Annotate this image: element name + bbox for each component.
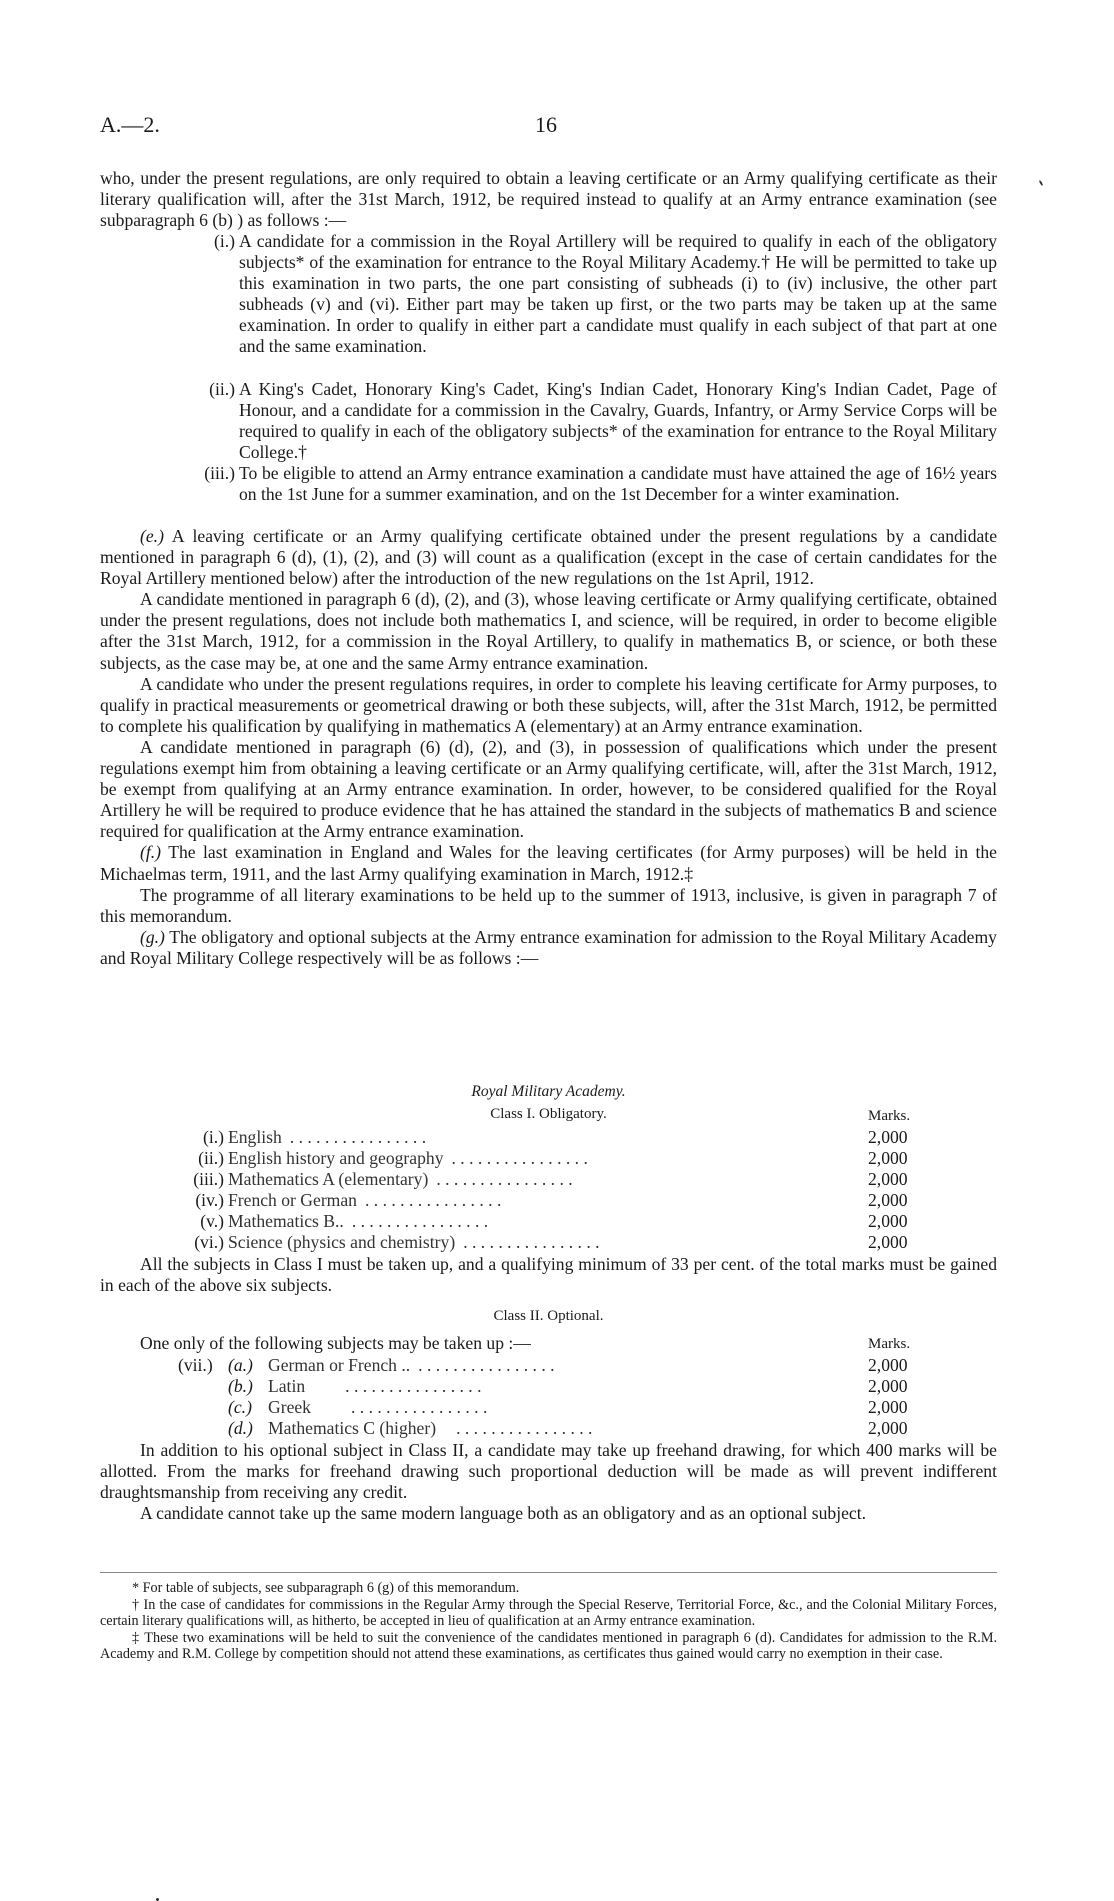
row-subject: Science (physics and chemistry)	[228, 1232, 463, 1252]
class1-heading: Class I. Obligatory.	[100, 1106, 997, 1123]
row-letter: (c.)	[228, 1397, 252, 1418]
row-marks: 2,000	[868, 1190, 908, 1211]
row-marks: 2,000	[868, 1211, 908, 1232]
table-row: (d.) Mathematics C (higher). . . . . . .…	[100, 1418, 997, 1439]
dot-leader: Latin. . . . . . . . . . . . . . . .	[268, 1376, 867, 1397]
body-paragraphs: (e.) A leaving certificate or an Army qu…	[100, 526, 997, 969]
footnote-asterisk: * For table of subjects, see subparagrap…	[100, 1580, 997, 1597]
row-subject: German or French ..	[268, 1355, 418, 1375]
document-reference: A.—2.	[100, 112, 160, 138]
row-number: (v.)	[200, 1211, 224, 1232]
row-subject: Latin	[268, 1376, 345, 1396]
class2-marks-label: Marks.	[868, 1336, 910, 1353]
table-row: (c.) Greek. . . . . . . . . . . . . . . …	[100, 1397, 997, 1418]
dots: . . . . . . . . . . . . . . . .	[365, 1190, 501, 1210]
page-number: 16	[535, 112, 557, 138]
scan-speck	[1039, 180, 1044, 186]
row-subject: English history and geography	[228, 1148, 452, 1168]
row-marks: 2,000	[868, 1232, 908, 1253]
paragraph-exemption: A candidate mentioned in paragraph (6) (…	[100, 737, 997, 842]
paragraph-text: A candidate mentioned in paragraph 6 (d)…	[100, 589, 997, 672]
row-number: (vi.)	[194, 1232, 224, 1253]
row-marks: 2,000	[868, 1148, 908, 1169]
row-marks: 2,000	[868, 1418, 908, 1439]
footnote-dagger: † In the case of candidates for commissi…	[100, 1597, 997, 1630]
row-number: (iv.)	[195, 1190, 224, 1211]
dots: . . . . . . . . . . . . . . . .	[436, 1169, 572, 1189]
row-letter: (b.)	[228, 1376, 253, 1397]
footnote-divider	[100, 1572, 997, 1573]
paragraph-f: (f.) The last examination in England and…	[100, 842, 997, 884]
dots: . . . . . . . . . . . . . . . .	[351, 1397, 487, 1417]
row-number: (iii.)	[193, 1169, 224, 1190]
paragraph-text: A leaving certificate or an Army qualify…	[100, 526, 997, 588]
table-row: (b.) Latin. . . . . . . . . . . . . . . …	[100, 1376, 997, 1397]
paragraph-label: (g.)	[140, 927, 165, 947]
dots: . . . . . . . . . . . . . . . .	[456, 1418, 592, 1438]
subitem-text: A King's Cadet, Honorary King's Cadet, K…	[239, 379, 997, 462]
row-letter: (d.)	[228, 1418, 253, 1439]
class2-heading: Class II. Optional.	[100, 1308, 997, 1325]
row-letter: (a.)	[228, 1355, 253, 1376]
paragraph-mathematics-b: A candidate mentioned in paragraph 6 (d)…	[100, 589, 997, 673]
paragraph-label: (e.)	[140, 526, 164, 546]
subitem-i: (i.) A candidate for a commission in the…	[239, 231, 997, 358]
paragraph-programme: The programme of all literary examinatio…	[100, 885, 997, 927]
dots: . . . . . . . . . . . . . . . .	[463, 1232, 599, 1252]
paragraph-practical-measurements: A candidate who under the present regula…	[100, 674, 997, 737]
dot-leader: French or German. . . . . . . . . . . . …	[228, 1190, 867, 1211]
dot-leader: German or French ... . . . . . . . . . .…	[268, 1355, 867, 1376]
row-marks: 2,000	[868, 1376, 908, 1397]
row-number: (ii.)	[198, 1148, 224, 1169]
class2-intro: One only of the following subjects may b…	[140, 1333, 531, 1354]
table-row: (iv.) French or German. . . . . . . . . …	[100, 1190, 997, 1211]
row-subject: Mathematics B..	[228, 1211, 352, 1231]
dot-leader: Mathematics A (elementary). . . . . . . …	[228, 1169, 867, 1190]
dot-leader: English. . . . . . . . . . . . . . . .	[228, 1127, 867, 1148]
subitem-number: (i.)	[159, 231, 235, 252]
class1-marks-label: Marks.	[868, 1108, 910, 1125]
dot-leader: English history and geography. . . . . .…	[228, 1148, 867, 1169]
footnote-double-dagger: ‡ These two examinations will be held to…	[100, 1630, 997, 1663]
paragraph-text: A candidate mentioned in paragraph (6) (…	[100, 737, 997, 841]
row-marks: 2,000	[868, 1397, 908, 1418]
footnotes: * For table of subjects, see subparagrap…	[100, 1580, 997, 1663]
subitem-number: (iii.)	[159, 463, 235, 484]
row-subject: Mathematics C (higher)	[268, 1418, 456, 1438]
intro-text: who, under the present regulations, are …	[100, 168, 997, 231]
dots: . . . . . . . . . . . . . . . .	[345, 1376, 481, 1396]
group-number: (vii.)	[178, 1355, 213, 1376]
row-subject: Mathematics A (elementary)	[228, 1169, 436, 1189]
row-marks: 2,000	[868, 1169, 908, 1190]
dot-leader: Greek. . . . . . . . . . . . . . . .	[268, 1397, 867, 1418]
row-subject: French or German	[228, 1190, 365, 1210]
table-row: (i.) English. . . . . . . . . . . . . . …	[100, 1127, 997, 1148]
row-subject: Greek	[268, 1397, 351, 1417]
paragraph-text: The last examination in England and Wale…	[100, 842, 997, 883]
class1-note: All the subjects in Class I must be take…	[100, 1254, 997, 1296]
table-row: (vii.) (a.) German or French ... . . . .…	[100, 1355, 997, 1376]
dots: . . . . . . . . . . . . . . . .	[418, 1355, 554, 1375]
table-row: (v.) Mathematics B... . . . . . . . . . …	[100, 1211, 997, 1232]
paragraph-g: (g.) The obligatory and optional subject…	[100, 927, 997, 969]
paragraph-e: (e.) A leaving certificate or an Army qu…	[100, 526, 997, 589]
subitem-iii: (iii.) To be eligible to attend an Army …	[239, 463, 997, 505]
subitem-text: To be eligible to attend an Army entranc…	[239, 463, 997, 504]
table-row: (iii.) Mathematics A (elementary). . . .…	[100, 1169, 997, 1190]
dots: . . . . . . . . . . . . . . . .	[290, 1127, 426, 1147]
freehand-drawing-paragraph: In addition to his optional subject in C…	[100, 1440, 997, 1503]
row-marks: 2,000	[868, 1127, 908, 1148]
row-number: (i.)	[203, 1127, 224, 1148]
rma-title: Royal Military Academy.	[100, 1083, 997, 1101]
modern-language-paragraph: A candidate cannot take up the same mode…	[100, 1503, 997, 1524]
subitem-text: A candidate for a commission in the Roya…	[239, 231, 997, 356]
table-row: (ii.) English history and geography. . .…	[100, 1148, 997, 1169]
dot-leader: Mathematics B... . . . . . . . . . . . .…	[228, 1211, 867, 1232]
after-paragraphs: In addition to his optional subject in C…	[100, 1440, 997, 1524]
row-subject: English	[228, 1127, 290, 1147]
paragraph-text: The programme of all literary examinatio…	[100, 885, 997, 926]
subitem-number: (ii.)	[159, 379, 235, 400]
subitem-ii: (ii.) A King's Cadet, Honorary King's Ca…	[239, 379, 997, 463]
dot-leader: Mathematics C (higher). . . . . . . . . …	[268, 1418, 867, 1439]
class1-note-text: All the subjects in Class I must be take…	[100, 1254, 997, 1296]
paragraph-text: The obligatory and optional subjects at …	[100, 927, 997, 968]
dots: . . . . . . . . . . . . . . . .	[452, 1148, 588, 1168]
paragraph-label: (f.)	[140, 842, 161, 862]
paragraph-text: A candidate who under the present regula…	[100, 674, 997, 736]
dots: . . . . . . . . . . . . . . . .	[352, 1211, 488, 1231]
intro-paragraph: who, under the present regulations, are …	[100, 168, 997, 231]
dot-leader: Science (physics and chemistry). . . . .…	[228, 1232, 867, 1253]
row-marks: 2,000	[868, 1355, 908, 1376]
table-row: (vi.) Science (physics and chemistry). .…	[100, 1232, 997, 1253]
